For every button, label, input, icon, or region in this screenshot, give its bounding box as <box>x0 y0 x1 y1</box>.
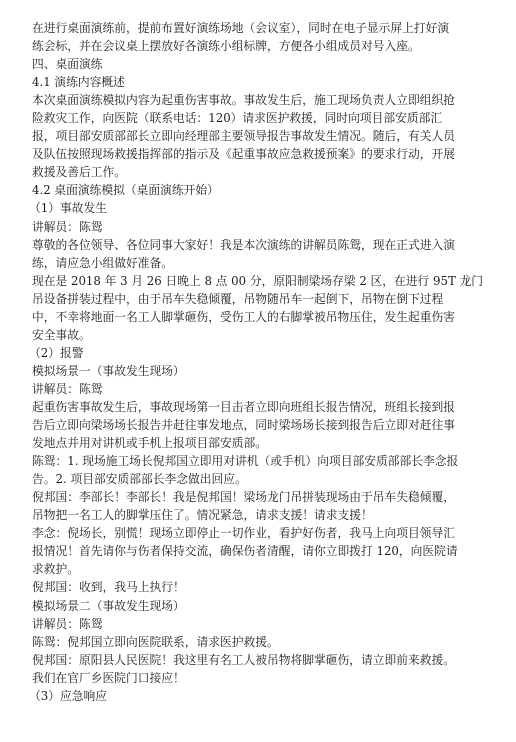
dialogue-line: 报情况！首先请你与伤者保持交流，确保伤者清醒，请你立即拨打 120，向医院请 <box>32 542 462 560</box>
paragraph-line: 险救灾工作，向医院（联系电话：120）请求医护救援，同时向项目部安质部汇 <box>32 109 462 127</box>
dialogue-line: 陈鸳：倪邦国立即向医院联系，请求医护救援。 <box>32 633 462 651</box>
dialogue-line: 倪邦国：原阳县人民医院！我这里有名工人被吊物将脚掌砸伤，请立即前来救援。 <box>32 651 462 669</box>
dialogue-line: 倪邦国：李部长！李部长！我是倪邦国！梁场龙门吊拼装现场由于吊车失稳倾覆， <box>32 488 462 506</box>
step-heading: （2）报警 <box>29 344 462 362</box>
scene-heading: 模拟场景二（事故发生现场） <box>32 597 462 615</box>
subsection-heading: 4.1 演练内容概述 <box>32 73 462 91</box>
paragraph-line: 在进行桌面演练前，提前布置好演练场地（会议室），同时在电子显示屏上打好演 <box>32 19 462 37</box>
step-heading: （3）应急响应 <box>29 687 462 705</box>
dialogue-line: 吊物把一名工人的脚掌压住了。情况紧急，请求支援！请求支援！ <box>32 506 462 524</box>
speaker-line: 讲解员：陈鸳 <box>32 615 462 633</box>
speaker-line: 讲解员：陈鸳 <box>32 380 462 398</box>
paragraph-line: 中，不幸将地面一名工人脚掌砸伤，受伤工人的右脚掌被吊物压住，发生起重伤害 <box>32 308 462 326</box>
paragraph-line: 本次桌面演练模拟内容为起重伤害事故。事故发生后，施工现场负责人立即组织抢 <box>32 91 462 109</box>
paragraph-line: 告后立即向梁场场长报告并赶往事发地点，同时梁场场长接到报告后立即对赶往事 <box>32 416 462 434</box>
dialogue-line: 李念：倪场长，别慌！现场立即停止一切作业，看护好伤者，我马上向项目领导汇 <box>32 524 462 542</box>
paragraph-line: 告。2. 项目部安质部部长李念做出回应。 <box>32 470 462 488</box>
paragraph-line: 起重伤害事故发生后，事故现场第一目击者立即向班组长报告情况，班组长接到报 <box>32 398 462 416</box>
subsection-heading: 4.2 桌面演练模拟（桌面演练开始） <box>32 181 462 199</box>
paragraph-line: 练，请应急小组做好准备。 <box>32 254 462 272</box>
paragraph-line: 及队伍按照现场救援指挥部的指示及《起重事故应急救援预案》的要求行动，开展 <box>32 145 462 163</box>
paragraph-line: 练会标，并在会议桌上摆放好各演练小组标牌，方便各小组成员对号入座。 <box>32 37 462 55</box>
paragraph-line: 尊敬的各位领导、各位同事大家好！我是本次演练的讲解员陈鸳，现在正式进入演 <box>32 236 462 254</box>
paragraph-line: 救援及善后工作。 <box>32 163 462 181</box>
paragraph-line: 吊设备拼装过程中，由于吊车失稳倾覆，吊物随吊车一起倒下，吊物在倒下过程 <box>32 290 462 308</box>
paragraph-line: 发地点并用对讲机或手机上报项目部安质部。 <box>32 434 462 452</box>
dialogue-line: 我们在官厂乡医院门口接应！ <box>32 669 462 687</box>
section-heading: 四、桌面演练 <box>32 55 462 73</box>
step-heading: （1）事故发生 <box>29 199 462 217</box>
dialogue-line: 求救护。 <box>32 560 462 578</box>
speaker-line: 讲解员：陈鸳 <box>32 218 462 236</box>
document-page: 在进行桌面演练前，提前布置好演练场地（会议室），同时在电子显示屏上打好演 练会标… <box>32 19 462 705</box>
paragraph-line: 报，项目部安质部部长立即向经理部主要领导报告事故发生情况。随后，有关人员 <box>32 127 462 145</box>
scene-heading: 模拟场景一（事故发生现场） <box>32 362 462 380</box>
paragraph-line: 安全事故。 <box>32 326 462 344</box>
paragraph-line: 现在是 2018 年 3 月 26 日晚上 8 点 00 分，原阳制梁场存梁 2… <box>32 272 462 290</box>
dialogue-line: 倪邦国：收到，我马上执行！ <box>32 578 462 596</box>
paragraph-line: 陈鸳：1. 现场施工场长倪邦国立即用对讲机（或手机）向项目部安质部部长李念报 <box>32 452 462 470</box>
